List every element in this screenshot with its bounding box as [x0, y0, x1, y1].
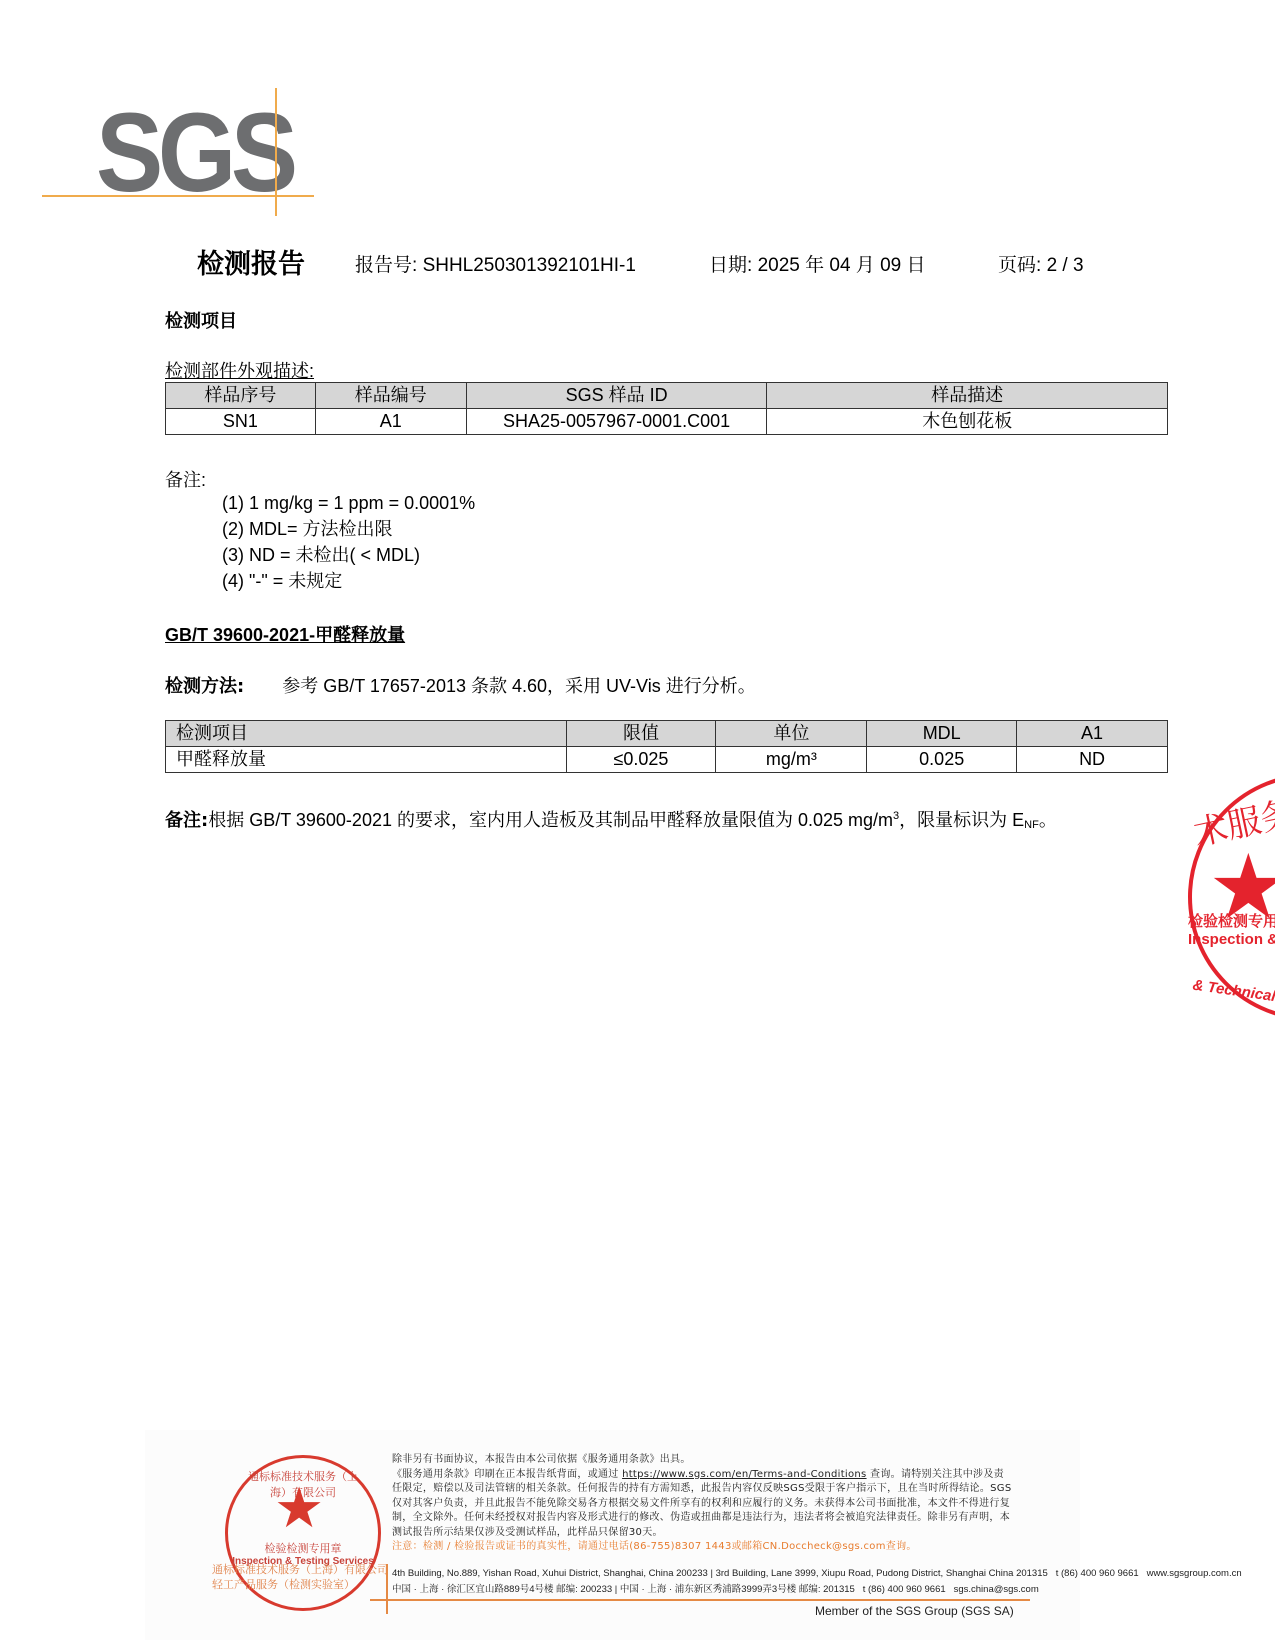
col-header: SGS 样品 ID	[466, 383, 767, 409]
authenticity-notice: 注意：检测 / 检验报告或证书的真实性，请通过电话(86-755)8307 14…	[392, 1540, 1012, 1555]
address-vertical-rule	[386, 1564, 388, 1614]
star-icon: ★	[274, 1480, 324, 1536]
note-item: (2) MDL= 方法检出限	[222, 516, 475, 542]
section-title: 检测项目	[165, 307, 237, 333]
sample-description-table: 样品序号 样品编号 SGS 样品 ID 样品描述 SN1 A1 SHA25-00…	[165, 382, 1168, 435]
logo-vertical-rule	[275, 88, 277, 216]
remark-subscript: NF	[1024, 819, 1039, 831]
disclaimer-body: 《服务通用条款》印刷在正本报告纸背面，或通过 https://www.sgs.c…	[392, 1468, 1012, 1541]
address-cn-2: 中国 · 上海 · 浦东新区秀浦路3999弄3号楼 邮编: 201315	[620, 1582, 855, 1598]
remark-text: 根据 GB/T 39600-2021 的要求，室内用人造板及其制品甲醛释放量限值…	[208, 810, 893, 830]
footer-addresses: 4th Building, No.889, Yishan Road, Xuhui…	[392, 1566, 1242, 1598]
address-row-cn: 中国 · 上海 · 徐汇区宜山路889号4号楼 邮编: 200233 | 中国 …	[392, 1582, 1242, 1598]
table-cell: mg/m³	[716, 747, 867, 773]
report-number-label: 报告号:	[355, 255, 423, 276]
address-en-1: 4th Building, No.889, Yishan Road, Xuhui…	[392, 1566, 708, 1582]
report-date-value: 2025 年 04 月 09 日	[758, 255, 926, 276]
note-item: (3) ND = 未检出( < MDL)	[222, 542, 475, 568]
test-method-label: 检测方法:	[165, 676, 244, 697]
table-row: 甲醛释放量 ≤0.025 mg/m³ 0.025 ND	[166, 747, 1168, 773]
page-number: 页码: 2 / 3	[998, 250, 1084, 277]
terms-link[interactable]: https://www.sgs.com/en/Terms-and-Conditi…	[622, 1469, 866, 1480]
table-cell: 0.025	[867, 747, 1017, 773]
email: sgs.china@sgs.com	[954, 1582, 1039, 1598]
page-number-label: 页码:	[998, 255, 1047, 276]
telephone: t (86) 400 960 9661	[1056, 1566, 1139, 1582]
col-header: A1	[1017, 721, 1168, 747]
seal-mid-text: 检验检测专用章	[1188, 910, 1275, 931]
table-cell: A1	[315, 409, 466, 435]
seal-mid-text-en: Inspection & Testing Services	[1188, 931, 1275, 948]
disclaimer-text: 《服务通用条款》印刷在正本报告纸背面，或通过	[392, 1469, 622, 1480]
col-header: MDL	[867, 721, 1017, 747]
report-title: 检测报告	[197, 242, 305, 281]
col-header: 样品描述	[767, 383, 1168, 409]
col-header: 检测项目	[166, 721, 567, 747]
side-seal-stamp: 术服务(上 ★ 检验检测专用章 Inspection & Testing Ser…	[1188, 773, 1275, 1023]
website: www.sgsgroup.com.cn	[1147, 1566, 1242, 1582]
remark-end: 。	[1039, 810, 1057, 830]
col-header: 限值	[566, 721, 716, 747]
address-en-2: 3rd Building, Lane 3999, Xiupu Road, Pud…	[716, 1566, 1048, 1582]
page-number-value: 2 / 3	[1047, 255, 1084, 276]
col-header: 样品编号	[315, 383, 466, 409]
standard-title: GB/T 39600-2021-甲醛释放量	[165, 621, 405, 647]
seal-line-1: 检验检测专用章	[228, 1540, 378, 1556]
table-cell: SN1	[166, 409, 316, 435]
table-header-row: 样品序号 样品编号 SGS 样品 ID 样品描述	[166, 383, 1168, 409]
table-header-row: 检测项目 限值 单位 MDL A1	[166, 721, 1168, 747]
notes-label: 备注:	[165, 466, 206, 492]
notes-list: (1) 1 mg/kg = 1 ppm = 0.0001% (2) MDL= 方…	[222, 490, 475, 594]
table-row: SN1 A1 SHA25-0057967-0001.C001 木色刨花板	[166, 409, 1168, 435]
member-note: Member of the SGS Group (SGS SA)	[815, 1604, 1014, 1618]
note-item: (4) "-" = 未规定	[222, 568, 475, 594]
report-number: 报告号: SHHL250301392101HI-1	[355, 250, 636, 277]
test-method-value: 参考 GB/T 17657-2013 条款 4.60，采用 UV-Vis 进行分…	[282, 676, 756, 696]
report-date-label: 日期:	[709, 255, 758, 276]
telephone: t (86) 400 960 9661	[863, 1582, 946, 1598]
logo-horizontal-rule	[42, 195, 314, 197]
address-horizontal-rule	[370, 1599, 1030, 1601]
company-line: 通标标准技术服务（上海）有限公司	[212, 1563, 388, 1578]
table-cell: SHA25-0057967-0001.C001	[466, 409, 767, 435]
report-number-value: SHHL250301392101HI-1	[423, 255, 636, 276]
remark: 备注:根据 GB/T 39600-2021 的要求，室内用人造板及其制品甲醛释放…	[165, 803, 1165, 839]
table-cell: ND	[1017, 747, 1168, 773]
footer-disclaimer: 除非另有书面协议，本报告由本公司依据《服务通用条款》出具。 《服务通用条款》印刷…	[392, 1453, 1012, 1555]
sample-desc-subtitle: 检测部件外观描述:	[165, 357, 314, 383]
address-row-en: 4th Building, No.889, Yishan Road, Xuhui…	[392, 1566, 1242, 1582]
address-cn-1: 中国 · 上海 · 徐汇区宜山路889号4号楼 邮编: 200233	[392, 1582, 612, 1598]
note-item: (1) 1 mg/kg = 1 ppm = 0.0001%	[222, 490, 475, 516]
footer-company: 通标标准技术服务（上海）有限公司 轻工产品服务（检测实验室）	[212, 1563, 388, 1593]
disclaimer-line: 除非另有书面协议，本报告由本公司依据《服务通用条款》出具。	[392, 1453, 1012, 1468]
logo-text: SGS	[96, 88, 293, 218]
table-cell: 木色刨花板	[767, 409, 1168, 435]
table-cell: ≤0.025	[566, 747, 716, 773]
table-cell: 甲醛释放量	[166, 747, 567, 773]
remark-text-after: ，限量标识为 E	[899, 810, 1024, 830]
col-header: 样品序号	[166, 383, 316, 409]
remark-label: 备注:	[165, 810, 208, 831]
col-header: 单位	[716, 721, 867, 747]
sgs-logo: SGS	[42, 88, 314, 218]
test-results-table: 检测项目 限值 单位 MDL A1 甲醛释放量 ≤0.025 mg/m³ 0.0…	[165, 720, 1168, 773]
company-line: 轻工产品服务（检测实验室）	[212, 1578, 388, 1593]
report-date: 日期: 2025 年 04 月 09 日	[709, 250, 926, 277]
test-method: 检测方法:参考 GB/T 17657-2013 条款 4.60，采用 UV-Vi…	[165, 672, 756, 698]
